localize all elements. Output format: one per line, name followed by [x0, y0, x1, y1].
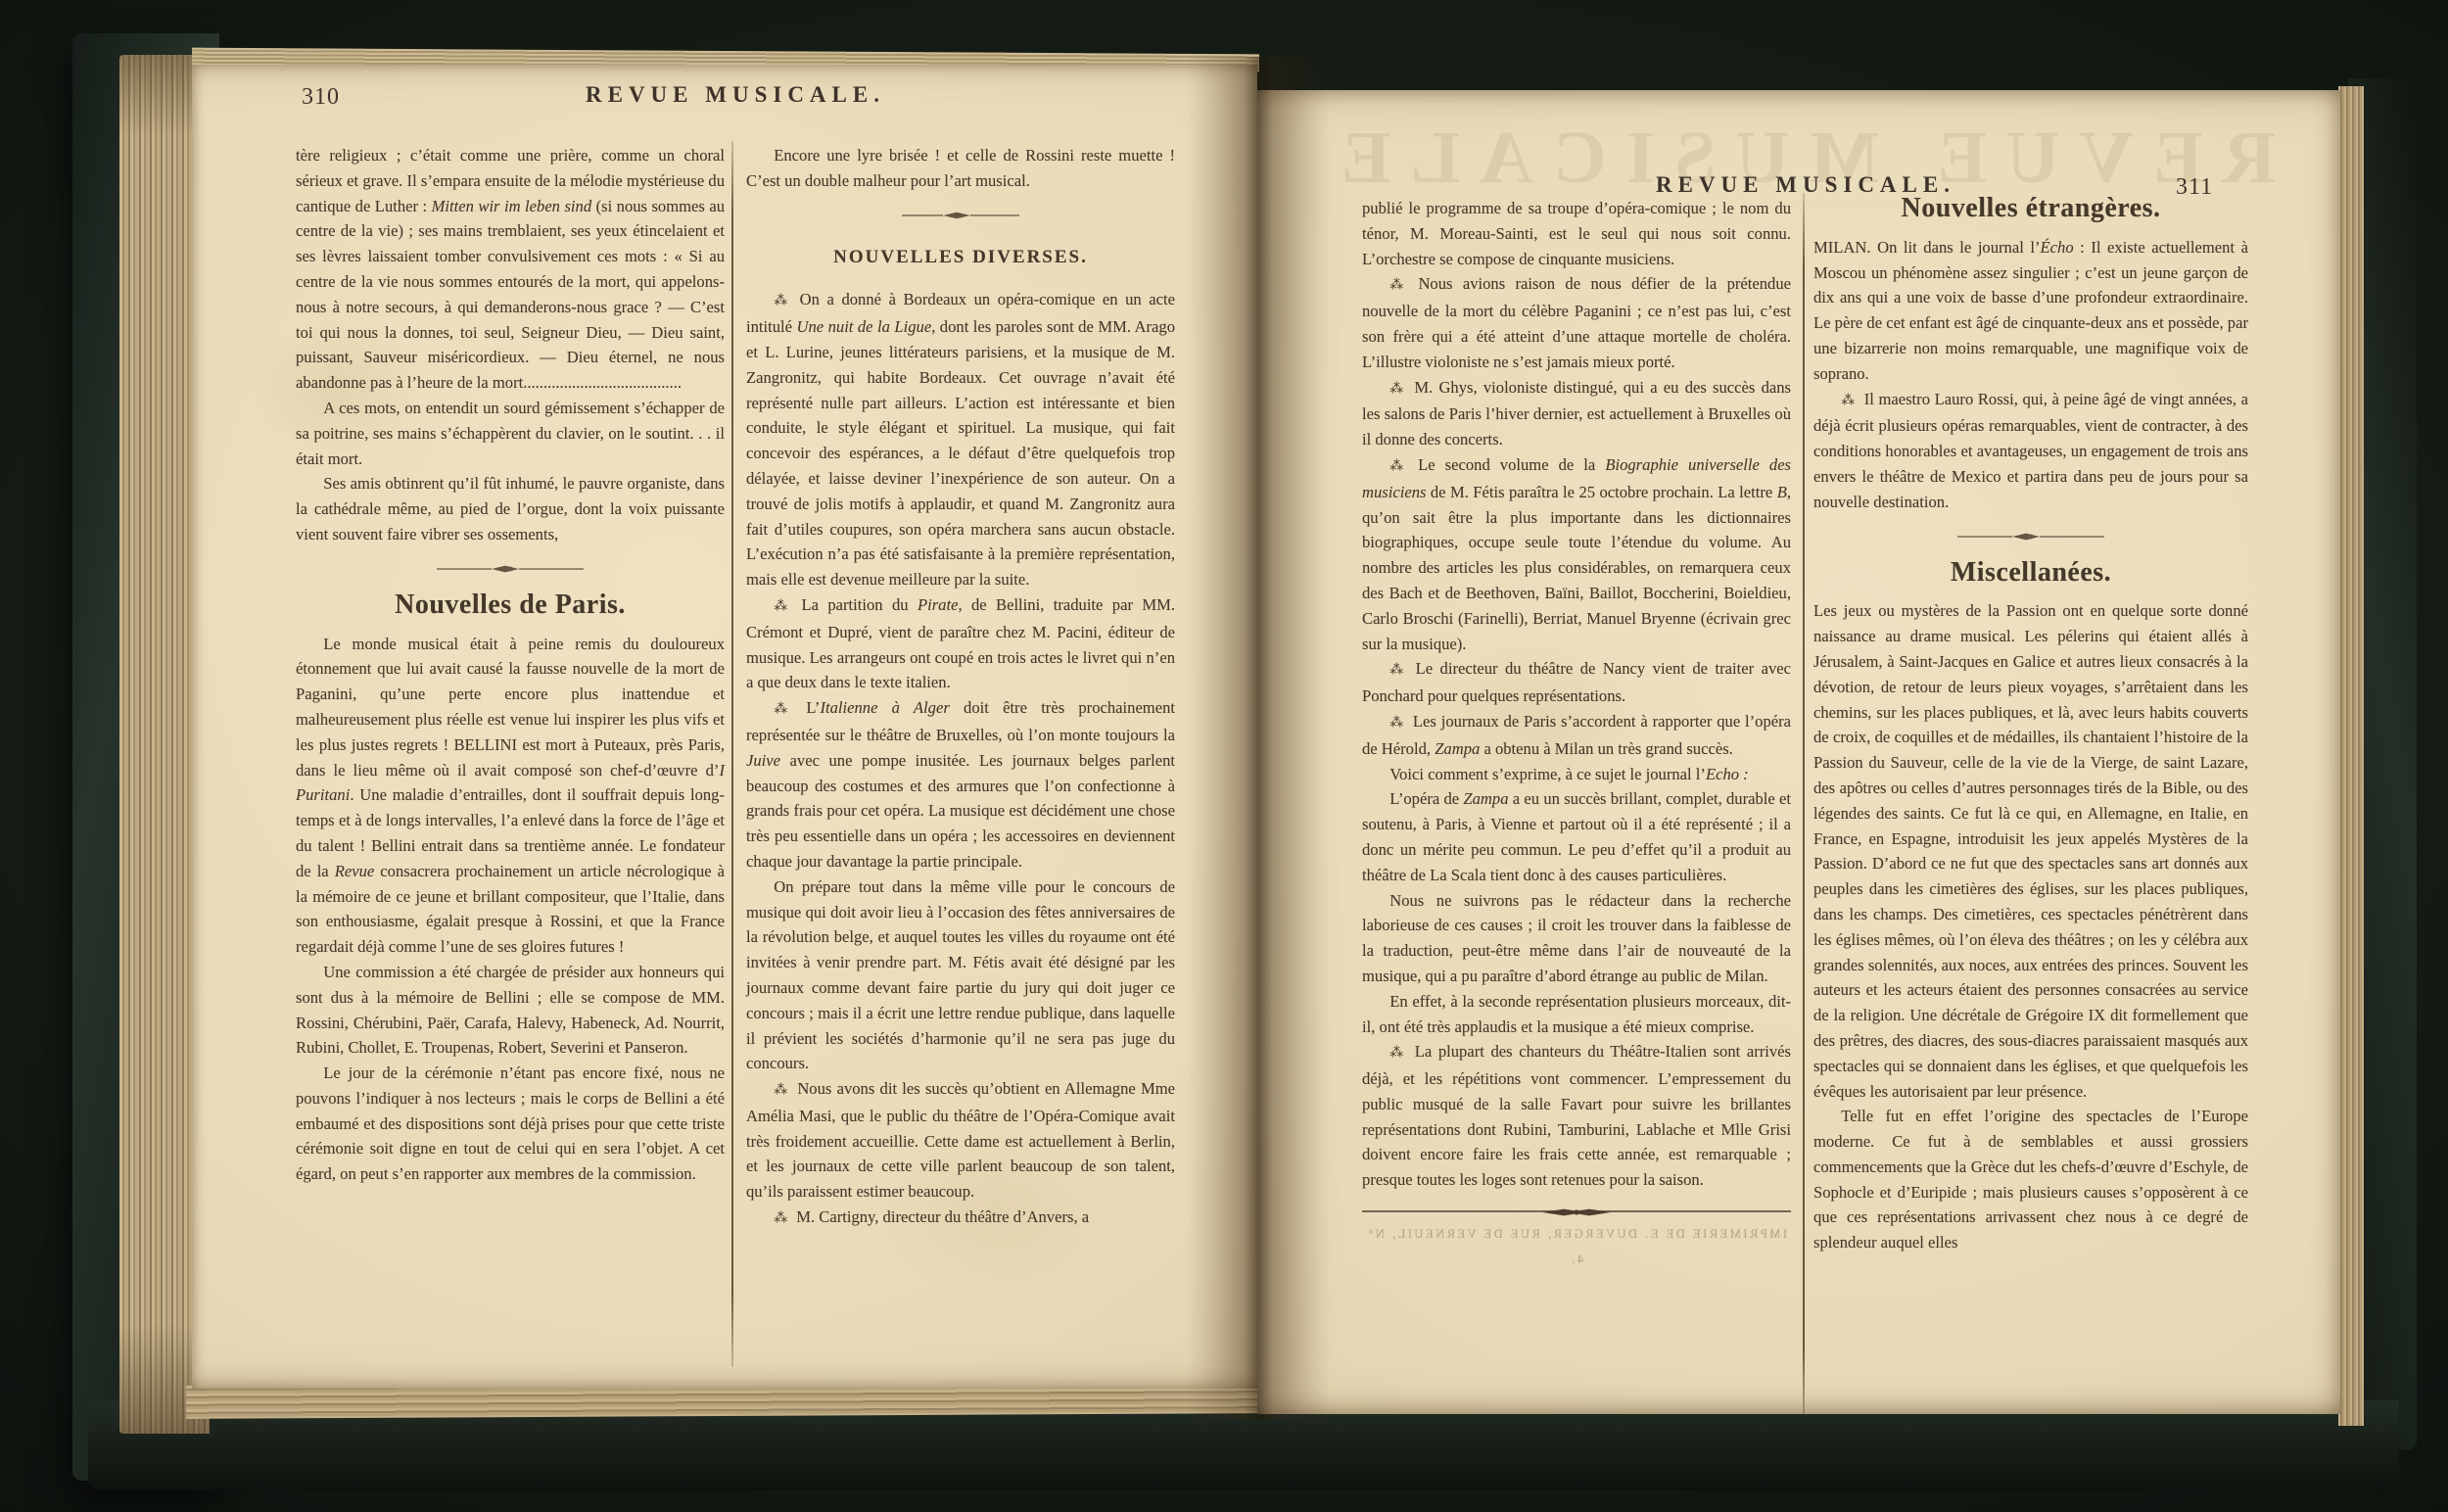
- paragraph: Voici comment s’exprime, à ce sujet le j…: [1362, 762, 1791, 787]
- news-item-text: Les journaux de Paris s’accordent à rapp…: [1362, 712, 1791, 758]
- printer-imprint-bleed-through: IMPRIMERIE DE E. DUVERGER, RUE DE VERNEU…: [1362, 1222, 1791, 1273]
- news-item: ⁂Le second volume de la Biographie unive…: [1362, 452, 1791, 656]
- paragraph: A ces mots, on entendit un sourd gémisse…: [296, 396, 725, 471]
- column-divider: [731, 141, 733, 1367]
- fleuron-divider-icon: [1813, 531, 2248, 543]
- asterism-mark: ⁂: [774, 1082, 788, 1098]
- page-stack-right: [2338, 86, 2364, 1426]
- news-item: ⁂On a donné à Bordeaux un opéra-comique …: [746, 287, 1175, 592]
- text-column: Nouvelles étrangères. MILAN. On lit dans…: [1813, 196, 2248, 1255]
- photo-of-open-book: { "glyphs": { "asterism": "⁂" }, "colors…: [0, 0, 2448, 1512]
- paragraph: Le monde musical était à peine remis du …: [296, 632, 725, 960]
- fleuron-divider-icon: [746, 210, 1175, 221]
- paragraph: Nous ne suivrons pas le rédacteur dans l…: [1362, 888, 1791, 989]
- column-divider: [1803, 193, 1805, 1414]
- asterism-mark: ⁂: [774, 1210, 787, 1226]
- news-item: ⁂Nous avions raison de nous défier de la…: [1362, 271, 1791, 374]
- news-item-text: M. Ghys, violoniste distingué, qui a eu …: [1362, 378, 1791, 449]
- paragraph: Encore une lyre brisée ! et celle de Ros…: [746, 143, 1175, 194]
- left-page: 310 REVUE MUSICALE. tère religieux ; c’é…: [192, 65, 1257, 1389]
- news-item: ⁂Les journaux de Paris s’accordent à rap…: [1362, 709, 1791, 762]
- news-item-text: Nous avons dit les succès qu’obtient en …: [746, 1079, 1175, 1201]
- paragraph: publié le programme de sa troupe d’opéra…: [1362, 196, 1791, 271]
- asterism-mark: ⁂: [774, 598, 792, 614]
- text-column: publié le programme de sa troupe d’opéra…: [1362, 196, 1791, 1273]
- news-item-text: Le second volume de la Biographie univer…: [1362, 455, 1791, 653]
- news-item-text: La partition du Pirate, de Bellini, trad…: [746, 595, 1175, 691]
- asterism-mark: ⁂: [1389, 1045, 1405, 1061]
- end-rule-with-fleuron-icon: [1362, 1206, 1791, 1222]
- text-column: tère religieux ; c’était comme une prièr…: [296, 143, 725, 1187]
- text-column: Encore une lyre brisée ! et celle de Ros…: [746, 143, 1175, 1232]
- news-item: ⁂Le directeur du théâtre de Nancy vient …: [1362, 656, 1791, 709]
- asterism-mark: ⁂: [774, 701, 797, 717]
- running-head: REVUE MUSICALE.: [295, 82, 1176, 108]
- asterism-mark: ⁂: [1389, 715, 1404, 731]
- paragraph: Telle fut en effet l’origine des spectac…: [1813, 1104, 2248, 1255]
- news-item: ⁂Nous avons dit les succès qu’obtient en…: [746, 1076, 1175, 1205]
- news-item-text: Le directeur du théâtre de Nancy vient d…: [1362, 659, 1791, 705]
- paragraph: MILAN. On lit dans le journal l’Écho : I…: [1813, 235, 2248, 387]
- paragraph: L’opéra de Zampa a eu un succès brillant…: [1362, 786, 1791, 887]
- news-item: ⁂La partition du Pirate, de Bellini, tra…: [746, 592, 1175, 695]
- right-page: REVUE MUSICALE REVUE MUSICALE. 311 publi…: [1257, 90, 2340, 1414]
- section-heading-miscellanees: Miscellanées.: [1813, 560, 2248, 586]
- news-item-text: Nous avions raison de nous défier de la …: [1362, 274, 1791, 370]
- paragraph: En effet, à la seconde représentation pl…: [1362, 989, 1791, 1040]
- news-item: ⁂M. Ghys, violoniste distingué, qui a eu…: [1362, 375, 1791, 452]
- news-item: ⁂L’Italienne à Alger doit être très proc…: [746, 695, 1175, 874]
- news-item-text: La plupart des chanteurs du Théâtre-Ital…: [1362, 1042, 1791, 1189]
- fleuron-divider-icon: [296, 563, 725, 575]
- paragraph: Les jeux ou mystères de la Passion ont e…: [1813, 598, 2248, 1104]
- paragraph: Le jour de la cérémonie n’étant pas enco…: [296, 1061, 725, 1187]
- paragraph: Une commission a été chargée de présider…: [296, 960, 725, 1061]
- paragraph: tère religieux ; c’était comme une prièr…: [296, 143, 725, 396]
- news-item: ⁂Il maestro Lauro Rossi, qui, à peine âg…: [1813, 387, 2248, 515]
- asterism-mark: ⁂: [1389, 458, 1409, 474]
- paragraph: On prépare tout dans la même ville pour …: [746, 874, 1175, 1076]
- section-heading-nouvelles-diverses: NOUVELLES DIVERSES.: [746, 245, 1175, 270]
- news-item-text: Il maestro Lauro Rossi, qui, à peine âgé…: [1813, 390, 2248, 511]
- news-item: ⁂La plupart des chanteurs du Théâtre-Ita…: [1362, 1039, 1791, 1193]
- news-item-text: On a donné à Bordeaux un opéra-comique e…: [746, 290, 1175, 589]
- asterism-mark: ⁂: [1389, 662, 1406, 678]
- asterism-mark: ⁂: [1389, 381, 1405, 397]
- news-item-text: M. Cartigny, directeur du théâtre d’Anve…: [796, 1207, 1089, 1226]
- paragraph: Ses amis obtinrent qu’il fût inhumé, le …: [296, 471, 725, 546]
- asterism-mark: ⁂: [1389, 277, 1409, 293]
- section-heading-nouvelles-etrangeres: Nouvelles étrangères.: [1813, 196, 2248, 221]
- asterism-mark: ⁂: [1841, 393, 1855, 408]
- news-item: ⁂M. Cartigny, directeur du théâtre d’Anv…: [746, 1205, 1175, 1232]
- news-item-text: L’Italienne à Alger doit être très proch…: [746, 698, 1175, 871]
- section-heading-nouvelles-de-paris: Nouvelles de Paris.: [296, 592, 725, 618]
- asterism-mark: ⁂: [774, 293, 790, 308]
